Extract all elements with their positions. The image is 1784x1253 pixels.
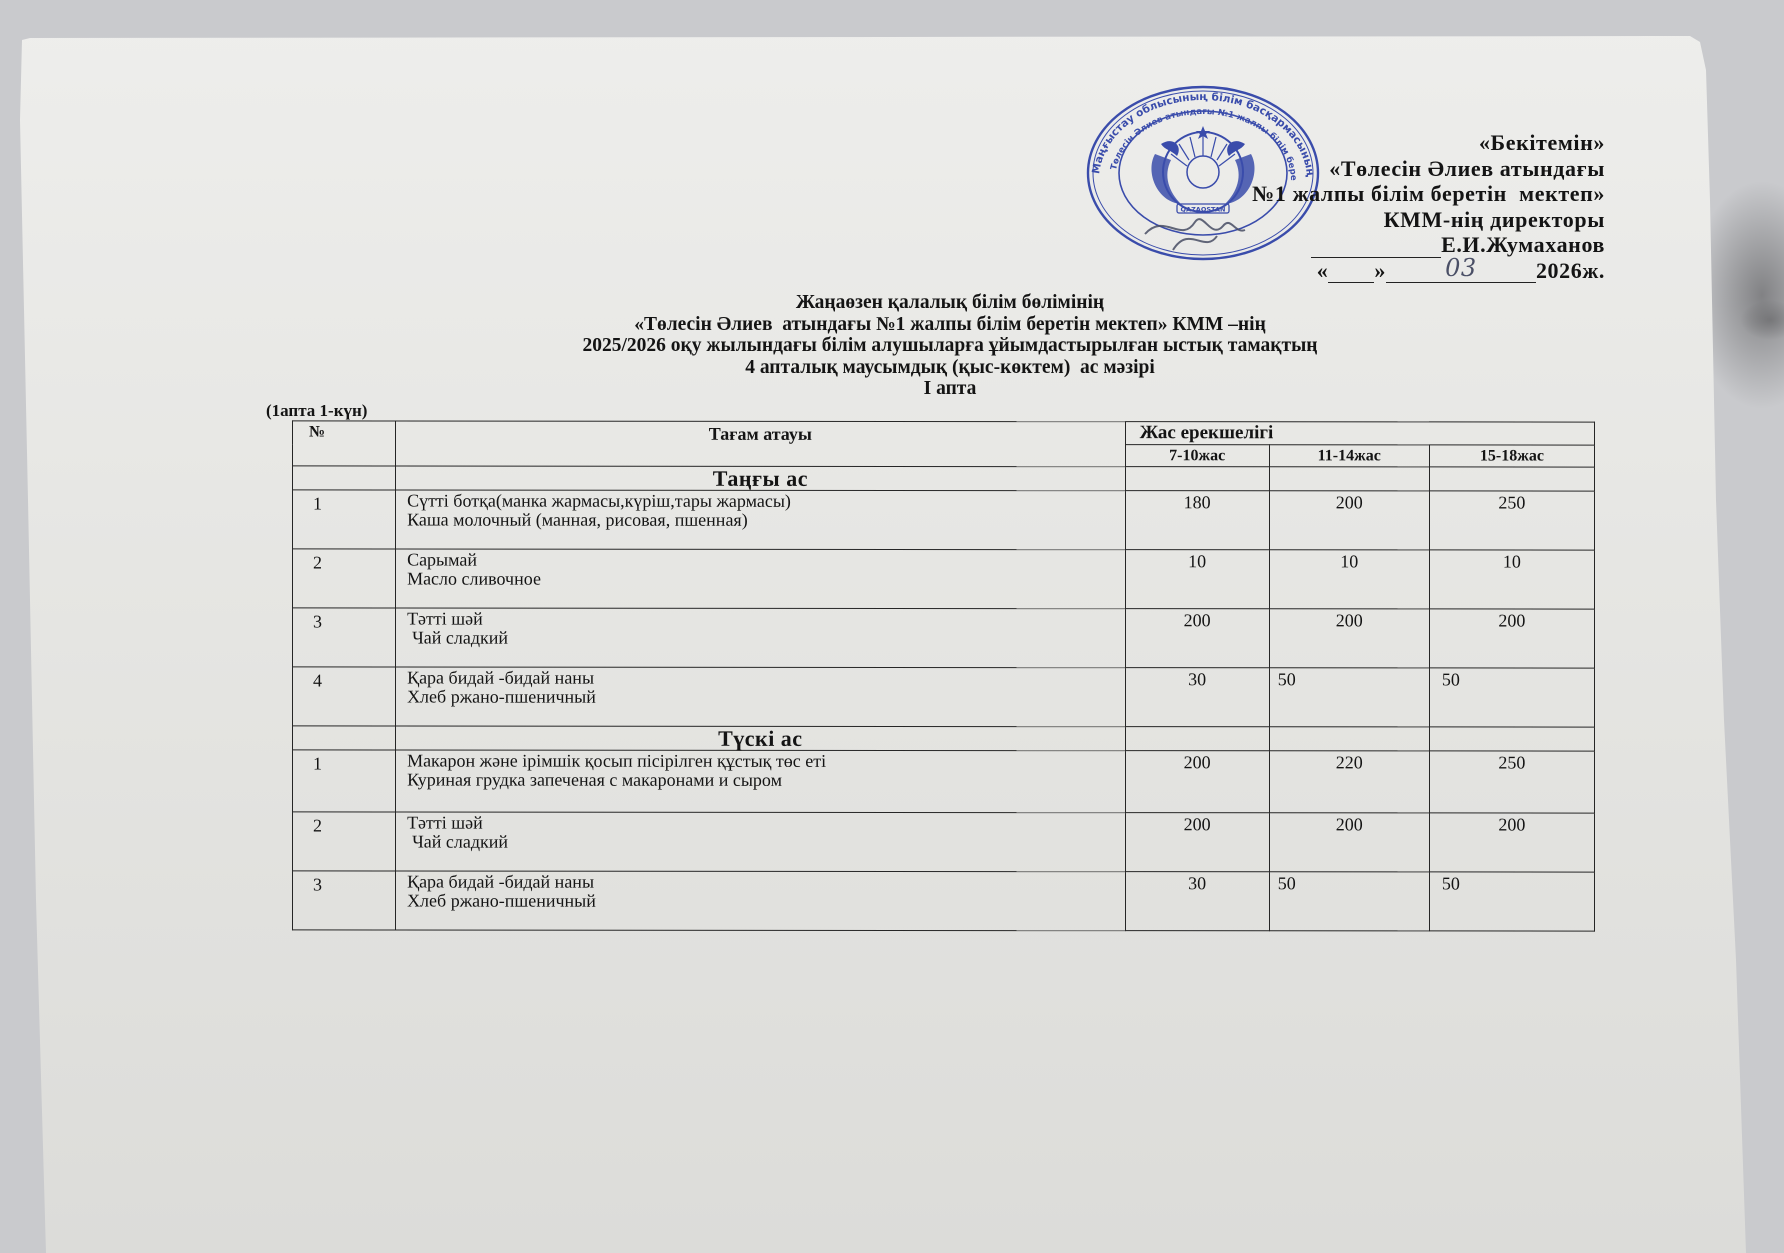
portion-11-14: 10 [1269,550,1429,609]
table-row: 2Тәтті шәйЧай сладкий200200200 [293,812,1595,872]
date-quote-open: « [1317,258,1329,283]
row-number: 2 [293,549,396,608]
portion-11-14: 200 [1269,609,1429,668]
portion-11-14: 200 [1269,813,1429,872]
portion-7-10: 30 [1125,872,1269,931]
portion-11-14: 220 [1269,751,1429,813]
portion-15-18: 200 [1429,813,1594,872]
section-num-cell [293,726,396,750]
table-row: 2СарымайМасло сливочное101010 [293,549,1595,609]
dish-name: Макарон және ірімшік қосып пісірілген құ… [396,750,1126,813]
approval-school-line2: №1 жалпы білім беретін мектеп» [1252,181,1605,207]
portion-11-14: 50 [1269,668,1429,727]
dish-name-ru: Куриная грудка запеченая с макаронами и … [407,771,1125,791]
dish-name-kz: Тәтті шәй [407,814,1125,834]
portion-11-14: 50 [1269,872,1429,931]
table-row: 1Сүтті ботқа(манка жармасы,күріш,тары жа… [293,490,1595,550]
svg-text:QAZAQSTAN: QAZAQSTAN [1181,206,1226,214]
section-empty-cell [1429,467,1594,491]
table-header-row: № Тағам атауы Жас ерекшелігі [293,421,1595,445]
dish-name: Қара бидай -бидай наныХлеб ржано-пшеничн… [396,871,1126,931]
table-row: 3Тәтті шәйЧай сладкий200200200 [293,608,1595,668]
dish-name: Сүтті ботқа(манка жармасы,күріш,тары жар… [396,490,1126,550]
header-dish-name: Тағам атауы [396,421,1126,467]
row-number: 1 [293,490,396,549]
section-empty-cell [1125,727,1269,751]
date-month-blank: 03 [1386,260,1536,283]
section-title: Түскі ас [396,726,1126,751]
dish-name-ru: Хлеб ржано-пшеничный [407,892,1125,912]
row-number: 3 [293,608,396,667]
approval-heading: «Бекітемін» [1252,130,1605,156]
portion-15-18: 10 [1429,550,1594,609]
header-age-11-14: 11-14жас [1269,445,1429,467]
dish-name-ru: Чай сладкий [407,629,1125,649]
date-quote-close: » [1374,258,1386,283]
section-empty-cell [1269,467,1429,491]
dish-name-kz: Қара бидай -бидай наны [407,669,1125,689]
table-row: 1Макарон және ірімшік қосып пісірілген қ… [293,750,1595,813]
table-row: 3Қара бидай -бидай наныХлеб ржано-пшенич… [293,871,1595,931]
section-title: Таңғы ас [396,466,1126,491]
date-day-blank [1328,260,1374,283]
dish-name: Тәтті шәйЧай сладкий [396,608,1126,668]
header-age-group: Жас ерекшелігі [1125,422,1594,445]
header-age-15-18: 15-18жас [1429,445,1594,467]
dish-name-ru: Чай сладкий [407,833,1125,853]
date-year: 2026ж. [1536,258,1605,283]
date-month-handwritten: 03 [1445,256,1477,282]
section-row: Таңғы ас [293,466,1595,491]
day-label: (1апта 1-күн) [266,401,367,421]
title-line-3: 2025/2026 оқу жылындағы білім алушыларға… [280,335,1620,357]
portion-15-18: 250 [1429,751,1594,813]
section-empty-cell [1429,727,1594,751]
portion-7-10: 10 [1125,550,1269,609]
portion-7-10: 200 [1125,813,1269,872]
row-number: 1 [293,750,396,812]
title-line-1: Жаңаөзен қалалық білім бөлімінің [280,292,1620,314]
row-number: 3 [293,871,396,930]
document-title: Жаңаөзен қалалық білім бөлімінің «Төлесі… [280,292,1620,400]
section-empty-cell [1269,727,1429,751]
portion-15-18: 250 [1429,491,1594,550]
approval-signatory: Е.И.Жумаханов [1252,232,1605,258]
title-line-2: «Төлесін Әлиев атындағы №1 жалпы білім б… [280,314,1620,336]
portion-15-18: 50 [1429,872,1594,931]
portion-7-10: 180 [1125,491,1269,550]
portion-7-10: 200 [1125,751,1269,813]
dish-name-ru: Хлеб ржано-пшеничный [407,688,1125,708]
section-row: Түскі ас [293,726,1595,751]
portion-15-18: 50 [1429,668,1594,727]
menu-table: № Тағам атауы Жас ерекшелігі 7-10жас 11-… [292,420,1595,931]
portion-7-10: 200 [1125,609,1269,668]
dish-name-ru: Каша молочный (манная, рисовая, пшенная) [407,511,1125,531]
dish-name-kz: Тәтті шәй [407,610,1125,630]
title-week: I апта [280,378,1620,400]
dish-name-kz: Макарон және ірімшік қосып пісірілген құ… [407,752,1125,772]
dish-name-ru: Масло сливочное [407,570,1125,590]
dish-name: СарымайМасло сливочное [396,549,1126,609]
portion-15-18: 200 [1429,609,1594,668]
dish-name: Тәтті шәйЧай сладкий [396,812,1126,872]
section-empty-cell [1125,467,1269,491]
dish-name: Қара бидай -бидай наныХлеб ржано-пшеничн… [396,667,1126,727]
dish-name-kz: Сүтті ботқа(манка жармасы,күріш,тары жар… [407,492,1125,512]
row-number: 2 [293,812,396,871]
row-number: 4 [293,667,396,726]
approval-block: «Бекітемін» «Төлесін Әлиев атындағы №1 ж… [1252,130,1605,283]
dish-name-kz: Қара бидай -бидай наны [407,873,1125,893]
table-row: 4Қара бидай -бидай наныХлеб ржано-пшенич… [293,667,1595,727]
background-shadow [1740,300,1784,340]
signature-line [1311,235,1441,258]
section-num-cell [293,466,396,490]
approval-school-line1: «Төлесін Әлиев атындағы [1252,156,1605,182]
title-line-4: 4 апталық маусымдық (қыс-көктем) ас мәзі… [280,357,1620,379]
header-num: № [293,421,396,466]
dish-name-kz: Сарымай [407,551,1125,571]
approval-position: КММ-нің директоры [1252,207,1605,233]
header-age-7-10: 7-10жас [1125,445,1269,467]
portion-11-14: 200 [1269,491,1429,550]
approval-date: «»032026ж. [1252,258,1605,284]
portion-7-10: 30 [1125,668,1269,727]
